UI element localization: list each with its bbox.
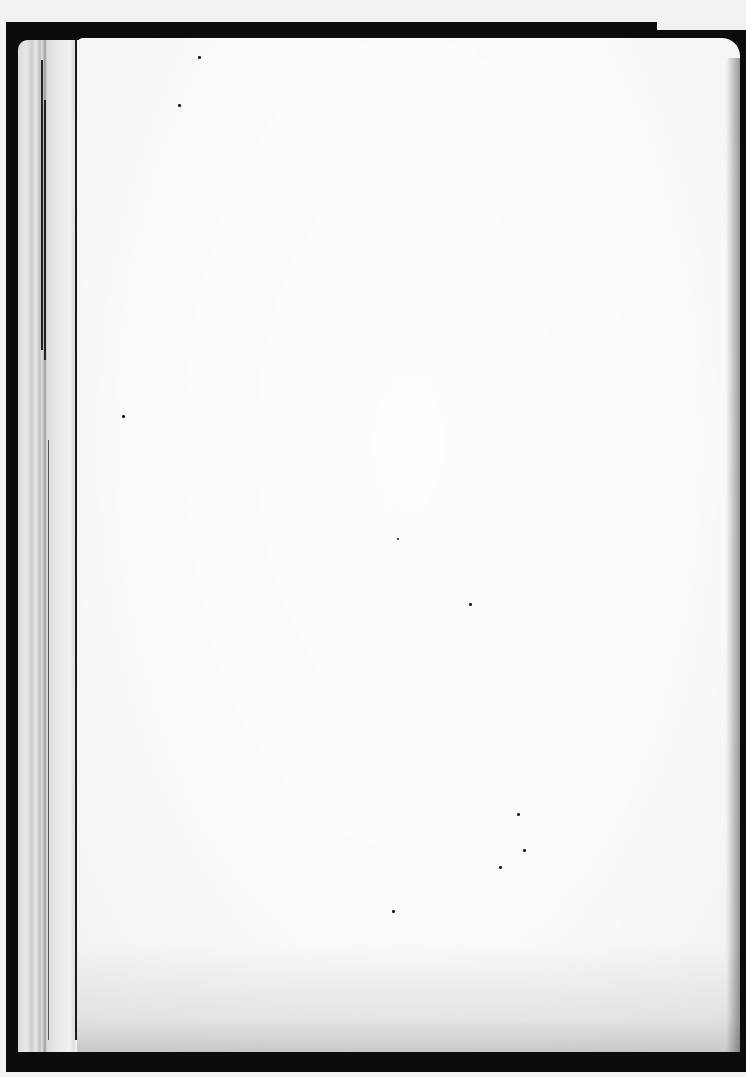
dust-speck	[198, 56, 201, 59]
dust-speck	[499, 866, 502, 869]
dust-speck	[517, 813, 520, 816]
page-smudge	[77, 942, 740, 1052]
dust-speck	[523, 849, 526, 852]
blank-page	[77, 38, 740, 1052]
dust-speck	[178, 104, 181, 107]
page-edge-line	[48, 440, 49, 1040]
scanner-bed-edge	[657, 0, 746, 30]
page-edge-line	[41, 60, 43, 350]
dust-speck	[469, 603, 472, 606]
page-edge-line	[44, 100, 46, 360]
dust-speck	[122, 415, 125, 418]
dust-speck	[397, 538, 399, 540]
dust-speck	[392, 910, 395, 913]
page-shadow	[726, 58, 740, 1052]
